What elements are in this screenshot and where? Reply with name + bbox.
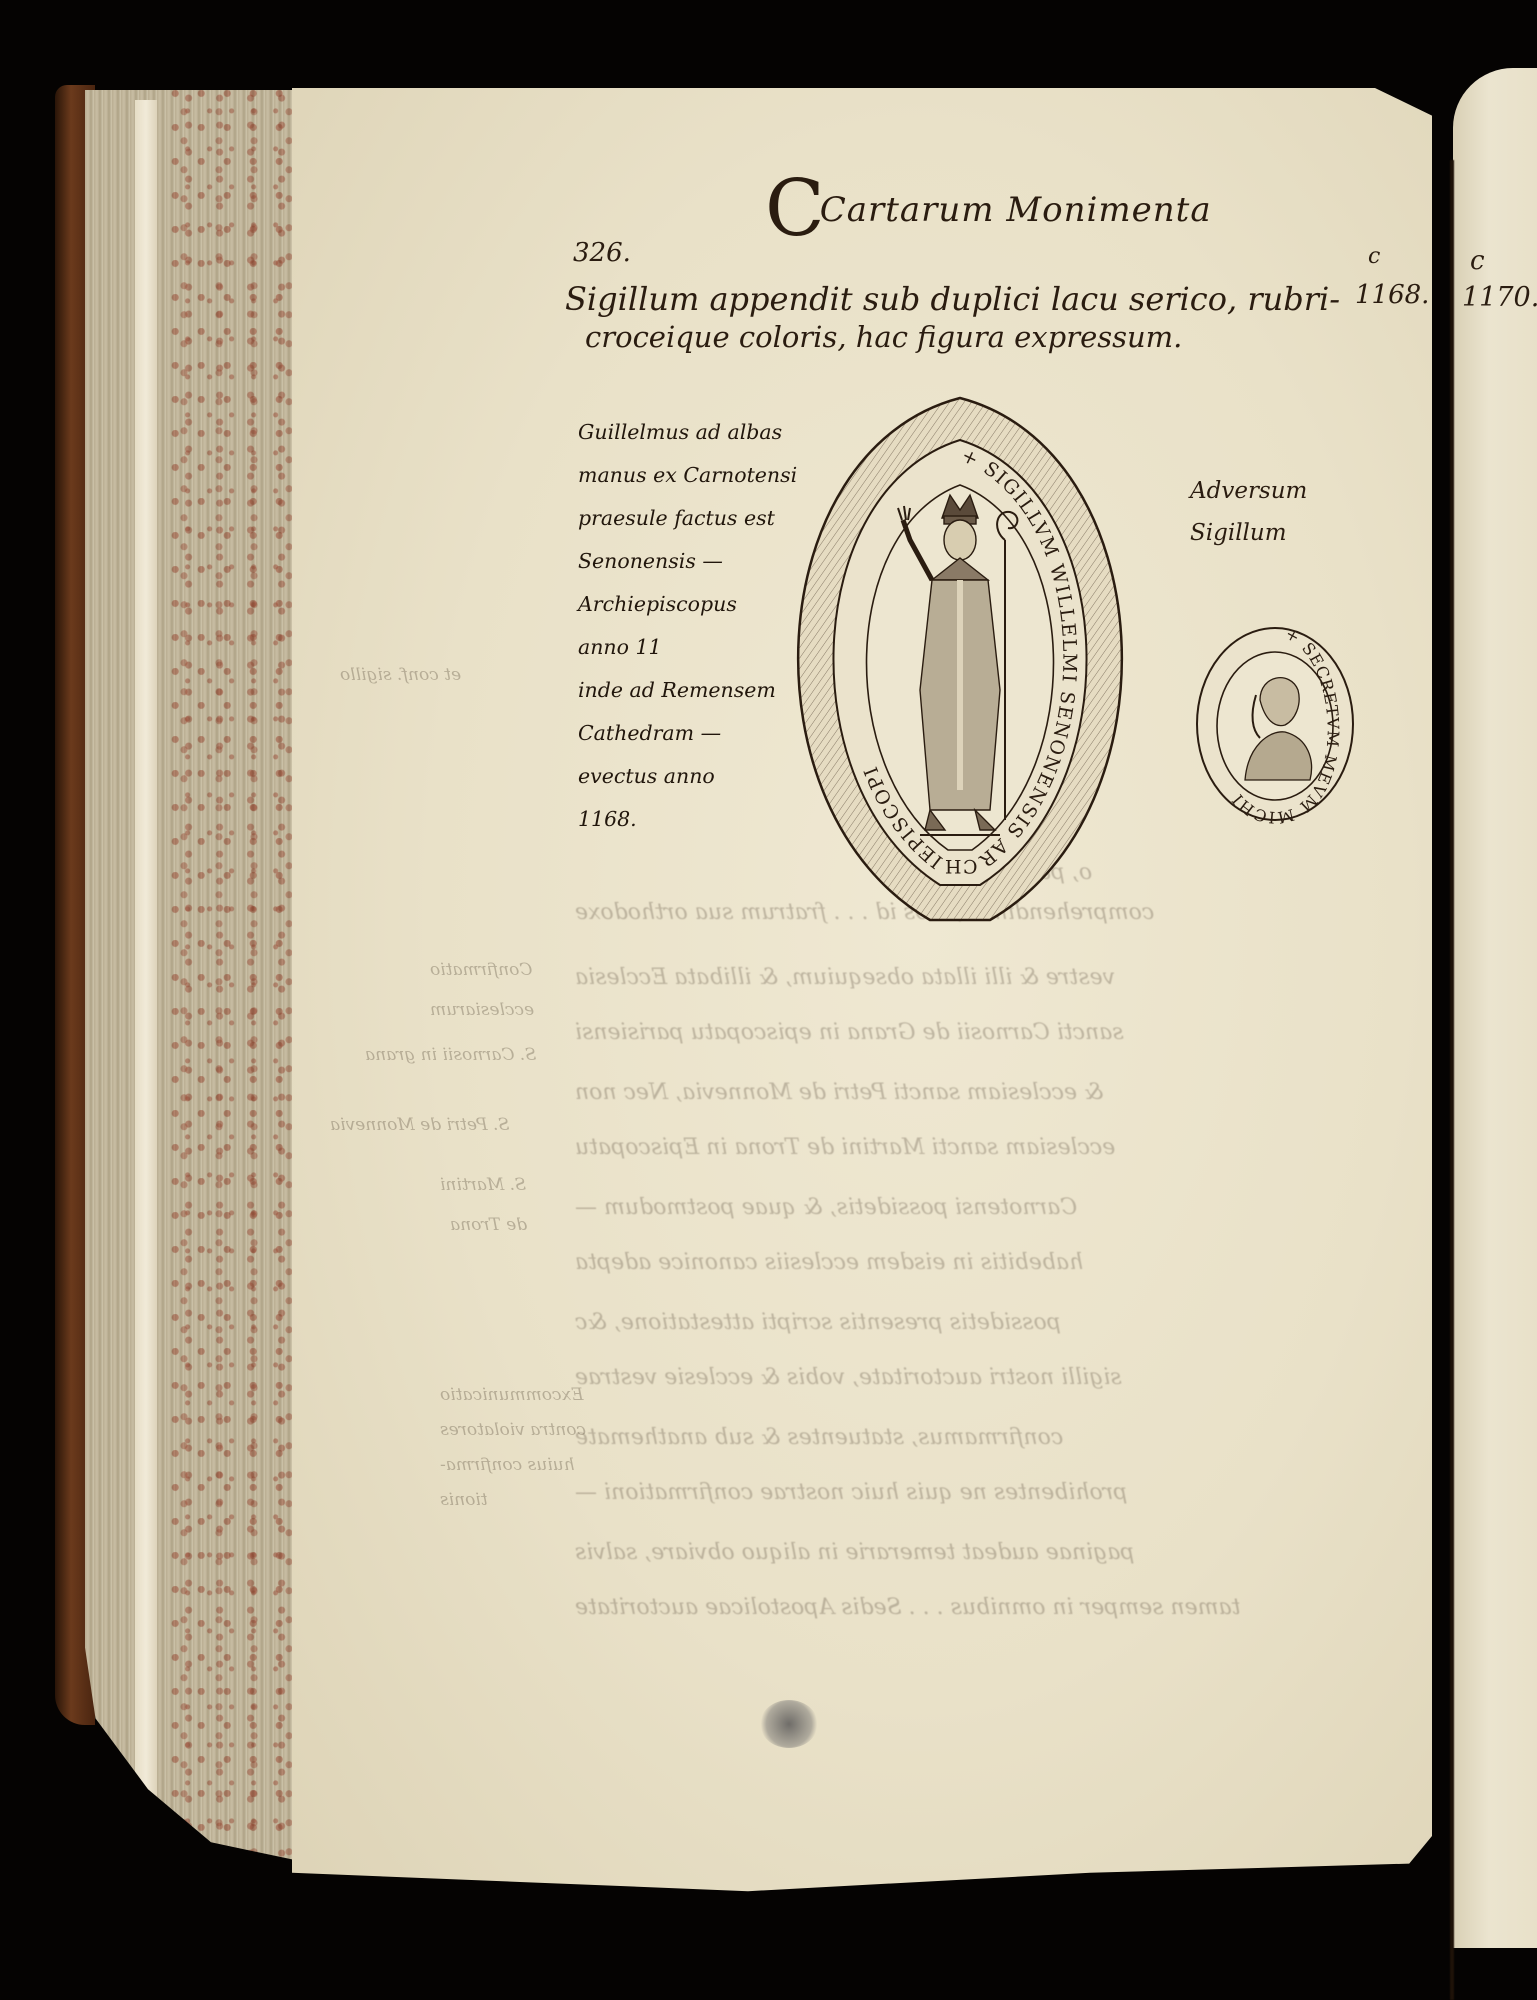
bleed-margin-note: S. Carnosii in grana [365, 1045, 536, 1065]
bleed-line: vestre & illi illata obsequium, & illiba… [575, 965, 1115, 990]
book-gutter [1450, 160, 1454, 2000]
bleed-line: Carnotensi possidetis, & quae postmodum … [575, 1195, 1077, 1220]
ink-blot [760, 1700, 818, 1748]
bleed-line: prohibentes ne quis huic nostrae confirm… [575, 1480, 1127, 1505]
bleed-margin-note: Excommunicatio [440, 1385, 584, 1405]
bleed-margin-note: ecclesiarum [430, 1000, 534, 1020]
bleed-margin-note: huius confirma- [440, 1455, 575, 1475]
bleed-line: sancti Carnosii de Grana in episcopatu p… [575, 1020, 1124, 1045]
page-edges-block [85, 90, 295, 1860]
entry-heading-line: Sigillum appendit sub duplici lacu seric… [565, 280, 1340, 318]
bleed-line: possidetis presentis scripti attestation… [575, 1310, 1061, 1335]
bleed-line: & ecclesiam sancti Petri de Monnevia, Ne… [575, 1080, 1104, 1105]
date-prefix: c [1368, 244, 1380, 269]
entry-number: 326. [573, 238, 631, 268]
bleed-margin-note: de Trona [450, 1215, 527, 1235]
bleed-margin-note: tionis [440, 1490, 488, 1510]
bleed-line: confirmamus, statuentes & sub anathemate [575, 1425, 1063, 1450]
bleed-margin-note: et conf. sigillo [340, 665, 461, 685]
page-edge-white-strip [135, 100, 157, 1799]
margin-date: 1170. [1462, 282, 1537, 313]
facing-page [1453, 68, 1537, 1948]
bleed-margin-note: contra violatores [440, 1420, 586, 1440]
counter-seal-drawing: + SECRETVM MEVM MICHI [1190, 620, 1360, 830]
date-prefix: c [1470, 246, 1485, 276]
entry-heading-line: croceique coloris, hac figura expressum. [585, 320, 1182, 354]
bleed-line: tamen semper in omnibus . . . Sedis Apos… [575, 1595, 1240, 1620]
bleed-margin-note: S. Martini [440, 1175, 526, 1195]
decorated-initial: C [765, 164, 826, 254]
bleed-line: ecclesiam sancti Martini de Trona in Epi… [575, 1135, 1115, 1160]
header-title-text: Cartarum Monimenta [820, 190, 1212, 230]
margin-date: 1168. [1355, 280, 1429, 310]
bleed-line: habebitis in eisdem ecclesiis canonice a… [575, 1250, 1083, 1275]
bleed-line: paginae audeat temerarie in aliquo obvia… [575, 1540, 1134, 1565]
bleed-line: sigilli nostri auctoritate, vobis & eccl… [575, 1365, 1122, 1390]
bleed-margin-note: S. Petri de Monnevia [330, 1115, 510, 1135]
note-line: Adversum [1190, 470, 1350, 512]
archiepiscopal-seal-drawing: + SIGILLVM WILLELMI SENONENSIS ARCHIEPIS… [760, 390, 1160, 930]
page-header-title: CCartarum Monimenta [765, 150, 1212, 240]
bleed-margin-note: Confirmatio [430, 960, 532, 980]
counter-seal-label: Adversum Sigillum [1190, 470, 1350, 554]
note-line: Sigillum [1190, 512, 1350, 554]
red-speckled-edge [170, 90, 295, 1860]
